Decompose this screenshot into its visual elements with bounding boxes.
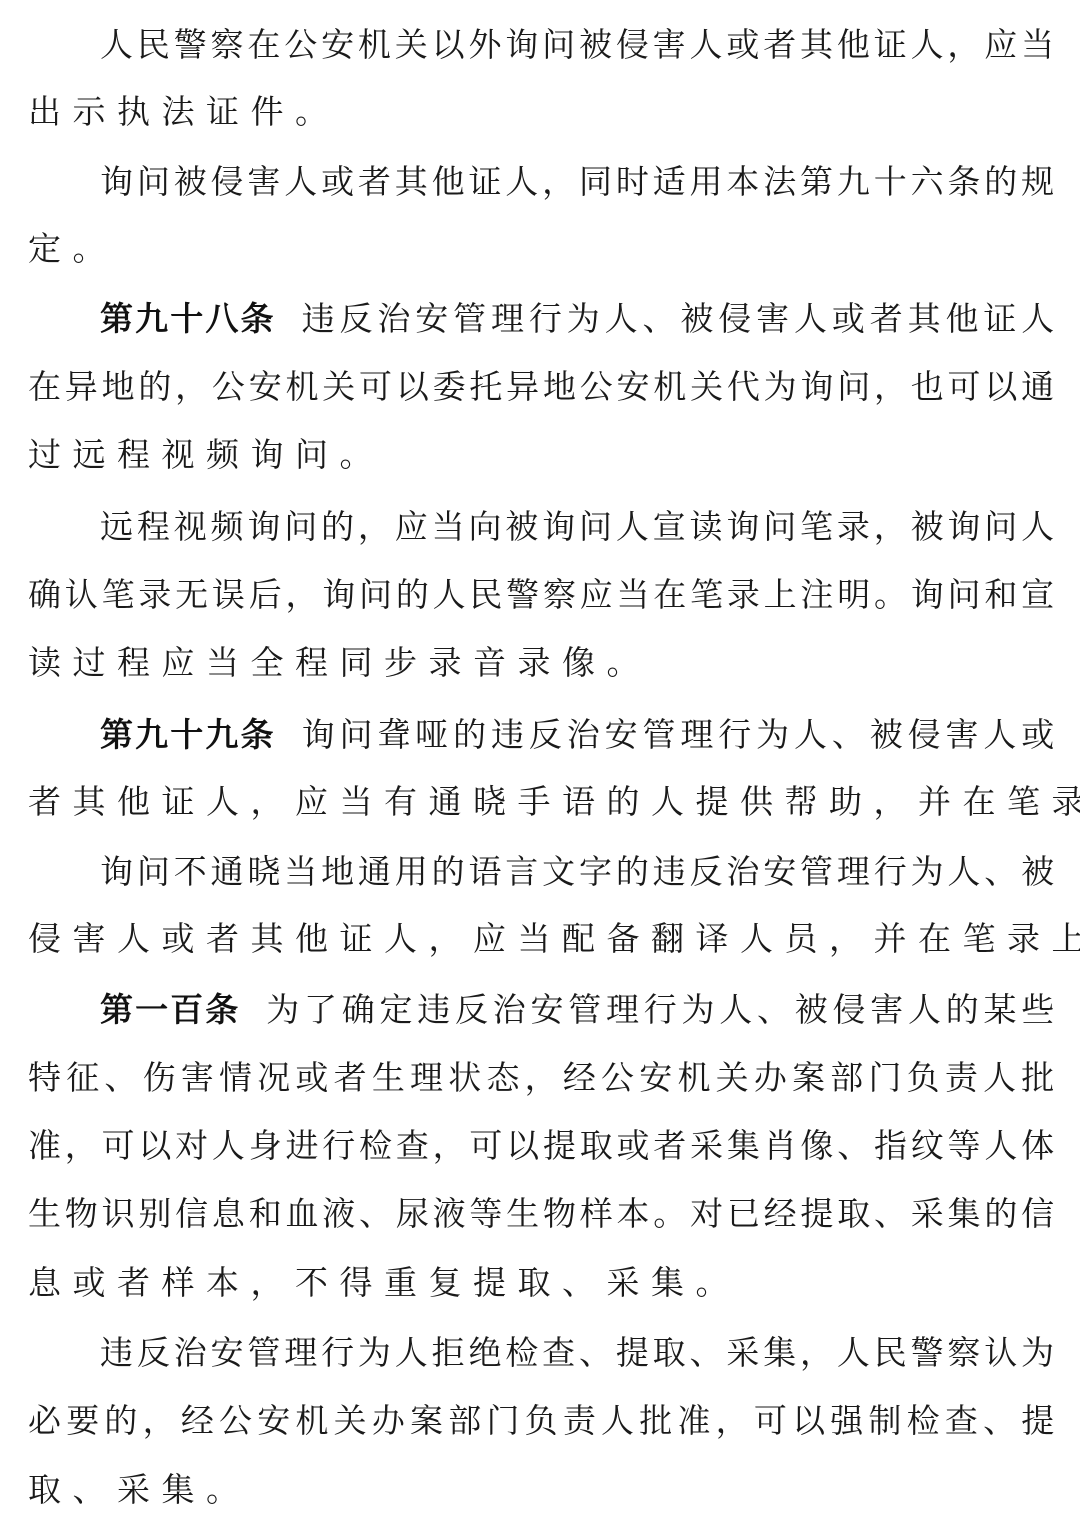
line-text: 生 物 识 别 信 息 和 血 液 、 尿 液 等 生 物 样 本 。 对 已 … <box>28 1194 1054 1233</box>
paragraph-line: 读过程应当全程同步录音录像。 <box>28 638 1054 688</box>
article-paragraph-line: 第一百条为 了 确 定 违 反 治 安 管 理 行 为 人 、 被 侵 害 人 … <box>100 985 1054 1035</box>
paragraph-line: 特 征 、 伤 害 情 况 或 者 生 理 状 态 ， 经 公 安 机 关 办 … <box>28 1053 1054 1103</box>
line-text: 人 民 警 察 在 公 安 机 关 以 外 询 问 被 侵 害 人 或 者 其 … <box>100 25 1054 64</box>
document-page: 人 民 警 察 在 公 安 机 关 以 外 询 问 被 侵 害 人 或 者 其 … <box>0 0 1080 1516</box>
paragraph-line: 询 问 被 侵 害 人 或 者 其 他 证 人 ， 同 时 适 用 本 法 第 … <box>100 157 1054 207</box>
paragraph-line: 定。 <box>28 224 1054 274</box>
line-text: 准 ， 可 以 对 人 身 进 行 检 查 ， 可 以 提 取 或 者 采 集 … <box>28 1126 1054 1165</box>
line-text: 过远程视频询问。 <box>28 435 384 474</box>
line-text: 读过程应当全程同步录音录像。 <box>28 643 651 682</box>
line-text: 远 程 视 频 询 问 的 ， 应 当 向 被 询 问 人 宣 读 询 问 笔 … <box>100 507 1054 546</box>
paragraph-line: 者其他证人，应当有通晓手语的人提供帮助，并在笔录上注明。 <box>28 777 1054 827</box>
line-text: 定。 <box>28 229 117 268</box>
paragraph-line: 确 认 笔 录 无 误 后 ， 询 问 的 人 民 警 察 应 当 在 笔 录 … <box>28 570 1054 620</box>
line-text: 询 问 不 通 晓 当 地 通 用 的 语 言 文 字 的 违 反 治 安 管 … <box>100 852 1054 891</box>
paragraph-line: 生 物 识 别 信 息 和 血 液 、 尿 液 等 生 物 样 本 。 对 已 … <box>28 1189 1054 1239</box>
line-text: 为 了 确 定 违 反 治 安 管 理 行 为 人 、 被 侵 害 人 的 某 … <box>266 990 1054 1029</box>
line-text: 侵害人或者其他证人，应当配备翻译人员，并在笔录上注明。 <box>28 919 1080 958</box>
paragraph-line: 在 异 地 的 ， 公 安 机 关 可 以 委 托 异 地 公 安 机 关 代 … <box>28 362 1054 412</box>
paragraph-line: 出示执法证件。 <box>28 87 1054 137</box>
line-text: 询 问 聋 哑 的 违 反 治 安 管 理 行 为 人 、 被 侵 害 人 或 <box>302 715 1055 754</box>
line-text: 违 反 治 安 管 理 行 为 人 拒 绝 检 查 、 提 取 、 采 集 ， … <box>100 1333 1054 1372</box>
paragraph-line: 人 民 警 察 在 公 安 机 关 以 外 询 问 被 侵 害 人 或 者 其 … <box>100 20 1054 70</box>
line-text: 必 要 的 ， 经 公 安 机 关 办 案 部 门 负 责 人 批 准 ， 可 … <box>28 1401 1054 1440</box>
line-text: 询 问 被 侵 害 人 或 者 其 他 证 人 ， 同 时 适 用 本 法 第 … <box>100 162 1054 201</box>
article-paragraph-line: 第九十八条违 反 治 安 管 理 行 为 人 、 被 侵 害 人 或 者 其 他… <box>100 294 1054 344</box>
line-text: 出示执法证件。 <box>28 92 340 131</box>
line-text: 者其他证人，应当有通晓手语的人提供帮助，并在笔录上注明。 <box>28 782 1080 821</box>
article-number: 第九十八条 <box>100 299 276 338</box>
paragraph-line: 远 程 视 频 询 问 的 ， 应 当 向 被 询 问 人 宣 读 询 问 笔 … <box>100 502 1054 552</box>
paragraph-line: 违 反 治 安 管 理 行 为 人 拒 绝 检 查 、 提 取 、 采 集 ， … <box>100 1328 1054 1378</box>
line-text: 在 异 地 的 ， 公 安 机 关 可 以 委 托 异 地 公 安 机 关 代 … <box>28 367 1054 406</box>
paragraph-line: 询 问 不 通 晓 当 地 通 用 的 语 言 文 字 的 违 反 治 安 管 … <box>100 847 1054 897</box>
article-number: 第一百条 <box>100 990 240 1029</box>
article-number: 第九十九条 <box>100 715 276 754</box>
paragraph-line: 侵害人或者其他证人，应当配备翻译人员，并在笔录上注明。 <box>28 914 1054 964</box>
article-paragraph-line: 第九十九条询 问 聋 哑 的 违 反 治 安 管 理 行 为 人 、 被 侵 害… <box>100 710 1054 760</box>
line-text: 违 反 治 安 管 理 行 为 人 、 被 侵 害 人 或 者 其 他 证 人 <box>302 299 1055 338</box>
line-text: 取、采集。 <box>28 1470 251 1509</box>
paragraph-line: 取、采集。 <box>28 1465 1054 1515</box>
paragraph-line: 准 ， 可 以 对 人 身 进 行 检 查 ， 可 以 提 取 或 者 采 集 … <box>28 1121 1054 1171</box>
line-text: 息或者样本，不得重复提取、采集。 <box>28 1263 740 1302</box>
paragraph-line: 息或者样本，不得重复提取、采集。 <box>28 1258 1054 1308</box>
paragraph-line: 必 要 的 ， 经 公 安 机 关 办 案 部 门 负 责 人 批 准 ， 可 … <box>28 1396 1054 1446</box>
line-text: 特 征 、 伤 害 情 况 或 者 生 理 状 态 ， 经 公 安 机 关 办 … <box>28 1058 1054 1097</box>
paragraph-line: 过远程视频询问。 <box>28 430 1054 480</box>
line-text: 确 认 笔 录 无 误 后 ， 询 问 的 人 民 警 察 应 当 在 笔 录 … <box>28 575 1054 614</box>
